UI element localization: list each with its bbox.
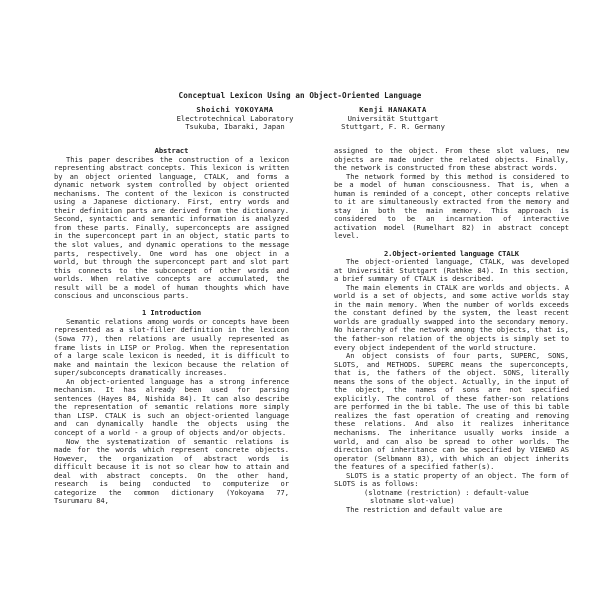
section2-paragraph: An object consists of four parts, SUPERC… bbox=[334, 352, 569, 472]
section2-paragraph: SLOTS is a static property of an object.… bbox=[334, 472, 569, 489]
intro-paragraph: An object-oriented language has a strong… bbox=[54, 378, 289, 438]
section2-paragraph: The object-oriented language, CTALK, was… bbox=[334, 258, 569, 284]
author-1: Shoichi YOKOYAMA Electrotechnical Labora… bbox=[160, 106, 310, 132]
author-location: Stuttgart, F. R. Germany bbox=[318, 123, 468, 132]
intro-paragraph: Semantic relations among words or concep… bbox=[54, 318, 289, 378]
paper-title: Conceptual Lexicon Using an Object-Orien… bbox=[0, 91, 600, 100]
section2-paragraph: The main elements in CTALK are worlds an… bbox=[334, 284, 569, 352]
abstract-body: This paper describes the construction of… bbox=[54, 156, 289, 301]
author-2: Kenji HANAKATA Universität Stuttgart Stu… bbox=[318, 106, 468, 132]
left-column: Abstract This paper describes the constr… bbox=[54, 147, 289, 506]
continued-paragraph: assigned to the object. From these slot … bbox=[334, 147, 569, 173]
right-column: assigned to the object. From these slot … bbox=[334, 147, 569, 514]
author-location: Tsukuba, Ibaraki, Japan bbox=[160, 123, 310, 132]
trailing-text: The restriction and default value are bbox=[334, 506, 569, 515]
continued-paragraph: The network formed by this method is con… bbox=[334, 173, 569, 241]
intro-paragraph: Now the systematization of semantic rela… bbox=[54, 438, 289, 506]
paper-page: Conceptual Lexicon Using an Object-Orien… bbox=[0, 0, 600, 600]
